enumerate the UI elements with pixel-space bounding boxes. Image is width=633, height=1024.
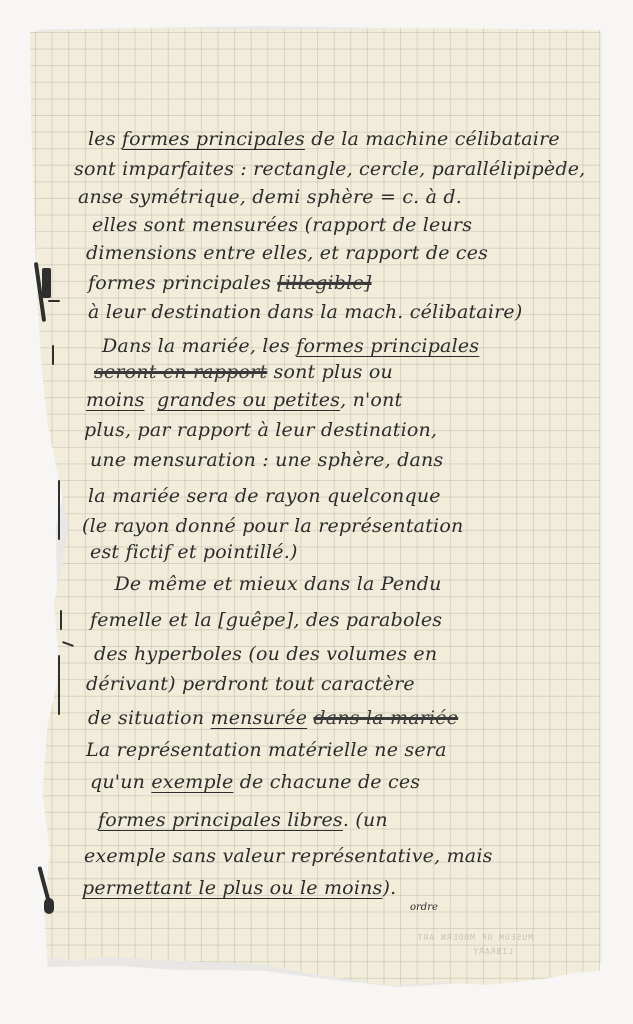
text-line: une mensuration : une sphère, dans	[90, 448, 443, 472]
text-span: (le rayon donné pour la représentation	[82, 515, 463, 537]
text-line: plus, par rapport à leur destination,	[84, 418, 437, 442]
text-span: Dans la mariée, les	[102, 335, 296, 357]
stamp-line: MUSEUM OF MODERN ART	[393, 931, 533, 945]
struck-text: seront en rapport	[94, 361, 267, 383]
underlined-text: permettant le plus ou le moins	[82, 877, 382, 899]
text-span: . (un	[343, 809, 388, 831]
text-line: anse symétrique, demi sphère = c. à d.	[78, 185, 462, 209]
underlined-text: formes principales	[296, 335, 479, 357]
text-span: ).	[382, 877, 396, 899]
viewer-stage: les formes principales de la machine cél…	[0, 0, 633, 1024]
text-line: moins grandes ou petites, n'ont	[86, 388, 402, 412]
margin-ink-mark	[58, 655, 60, 715]
margin-ink-mark	[60, 610, 62, 630]
interlinear-insert: ordre	[410, 902, 438, 913]
underlined-text: moins	[86, 389, 145, 411]
text-line: qu'un exemple de chacune de ces	[90, 770, 420, 794]
text-line: les formes principales de la machine cél…	[88, 127, 560, 151]
text-line: De même et mieux dans la Pendu	[102, 572, 442, 596]
underlined-text: formes principales libres	[98, 809, 343, 831]
bleed-through-stamp: MUSEUM OF MODERN ART LIBRARY	[393, 931, 533, 959]
stamp-line: LIBRARY	[393, 945, 533, 959]
text-span: qu'un	[90, 771, 151, 793]
text-line: femelle et la [guêpe], des paraboles	[90, 608, 442, 632]
text-line: elles sont mensurées (rapport de leurs	[92, 213, 472, 237]
text-span: une mensuration : une sphère, dans	[90, 449, 443, 471]
text-span: la mariée sera de rayon quelconque	[88, 485, 441, 507]
margin-ink-mark	[52, 345, 54, 365]
margin-ink-mark	[42, 268, 51, 298]
text-span: De même et mieux dans la Pendu	[102, 573, 442, 595]
underlined-text: mensurée	[211, 707, 308, 729]
text-line: de situation mensurée dans la mariée	[88, 706, 458, 730]
text-span: formes principales	[88, 272, 277, 294]
text-span: femelle et la [guêpe], des paraboles	[90, 609, 442, 631]
text-line: permettant le plus ou le moins).	[82, 876, 396, 900]
text-line: est fictif et pointillé.)	[90, 540, 298, 564]
text-span: des hyperboles (ou des volumes en	[94, 643, 437, 665]
text-span: dimensions entre elles, et rapport de ce…	[86, 242, 488, 264]
text-line: la mariée sera de rayon quelconque	[88, 484, 441, 508]
underlined-text: exemple	[151, 771, 233, 793]
text-span: à leur destination dans la mach. célibat…	[88, 301, 522, 323]
text-line: seront en rapport sont plus ou	[94, 360, 393, 384]
text-line: sont imparfaites : rectangle, cercle, pa…	[74, 157, 585, 181]
text-span: est fictif et pointillé.)	[90, 541, 298, 563]
text-line: Dans la mariée, les formes principales	[102, 334, 479, 358]
text-span: de la machine célibataire	[305, 128, 560, 150]
underlined-text: grandes ou petites	[157, 389, 340, 411]
text-line: à leur destination dans la mach. célibat…	[88, 300, 522, 324]
text-line: La représentation matérielle ne sera	[86, 738, 447, 762]
text-span: sont imparfaites : rectangle, cercle, pa…	[74, 158, 585, 180]
text-span: exemple sans valeur représentative, mais	[84, 845, 493, 867]
text-span: elles sont mensurées (rapport de leurs	[92, 214, 472, 236]
text-line: formes principales libres. (un	[98, 808, 388, 832]
underlined-text: formes principales	[122, 128, 305, 150]
text-span: dérivant) perdront tout caractère	[86, 673, 415, 695]
text-line: dimensions entre elles, et rapport de ce…	[86, 241, 488, 265]
text-line: formes principales [illegible]	[88, 271, 372, 295]
text-span: plus, par rapport à leur destination,	[84, 419, 437, 441]
text-span: de chacune de ces	[233, 771, 420, 793]
text-span	[145, 389, 157, 411]
text-line: dérivant) perdront tout caractère	[86, 672, 415, 696]
struck-text: [illegible]	[277, 272, 371, 294]
struck-text: dans la mariée	[313, 707, 458, 729]
text-span: sont plus ou	[267, 361, 393, 383]
text-line: des hyperboles (ou des volumes en	[94, 642, 437, 666]
margin-ink-mark	[58, 480, 60, 540]
text-span: les	[88, 128, 122, 150]
text-span: de situation	[88, 707, 211, 729]
text-span: anse symétrique, demi sphère = c. à d.	[78, 186, 462, 208]
margin-ink-mark	[44, 898, 54, 914]
text-line: exemple sans valeur représentative, mais	[84, 844, 493, 868]
text-line: (le rayon donné pour la représentation	[82, 514, 463, 538]
margin-ink-mark	[48, 300, 60, 302]
text-span: , n'ont	[340, 389, 402, 411]
text-span: La représentation matérielle ne sera	[86, 739, 447, 761]
